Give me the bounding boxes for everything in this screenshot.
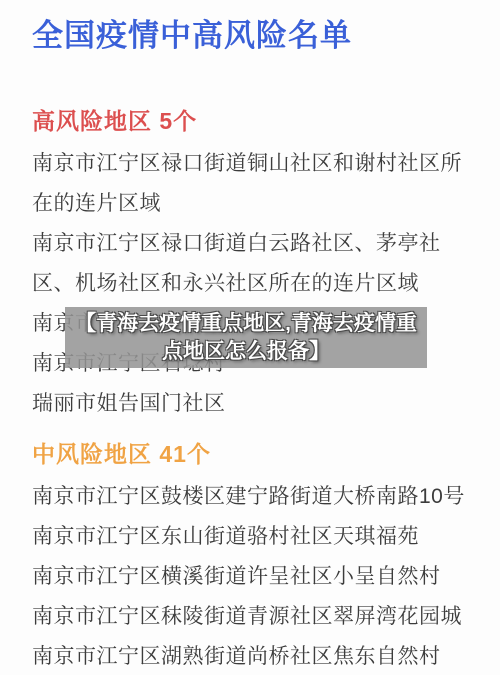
medium-risk-item: 南京市江宁区东山街道骆村社区天琪福苑 (32, 517, 468, 557)
medium-risk-item: 南京市江宁区横溪街道许呈社区小呈自然村 (32, 557, 468, 597)
page-title: 全国疫情中高风险名单 (32, 16, 468, 56)
high-risk-item: 南京市江宁区禄口街道白云路社区、茅亭社区、机场社区和永兴社区所在的连片区域 (32, 224, 468, 304)
medium-risk-item: 南京市江宁区鼓楼区建宁路街道大桥南路10号 (32, 477, 468, 517)
medium-risk-count: 41个 (159, 441, 211, 467)
medium-risk-heading-label: 中风险地区 (32, 441, 152, 467)
risk-list-page: 全国疫情中高风险名单 高风险地区 5个 南京市江宁区禄口街道铜山社区和谢村社区所… (0, 0, 500, 675)
watermark-caption-text: 【青海去疫情重点地区,青海去疫情重点地区怎么报备】 (65, 310, 427, 366)
high-risk-item: 瑞丽市姐告国门社区 (32, 384, 468, 424)
high-risk-count: 5个 (159, 108, 197, 134)
high-risk-heading: 高风险地区 5个 (32, 106, 468, 136)
high-risk-item: 南京市江宁区禄口街道铜山社区和谢村社区所在的连片区域 (32, 144, 468, 224)
high-risk-list: 南京市江宁区禄口街道铜山社区和谢村社区所在的连片区域 南京市江宁区禄口街道白云路… (32, 144, 468, 424)
medium-risk-item: 南京市江宁区秣陵街道青源社区翠屏湾花园城 (32, 597, 468, 637)
high-risk-heading-label: 高风险地区 (32, 108, 152, 134)
medium-risk-list: 南京市江宁区鼓楼区建宁路街道大桥南路10号 南京市江宁区东山街道骆村社区天琪福苑… (32, 477, 468, 675)
medium-risk-heading: 中风险地区 41个 (32, 439, 468, 469)
medium-risk-item: 南京市江宁区湖熟街道尚桥社区焦东自然村 (32, 637, 468, 675)
watermark-caption-overlay: 【青海去疫情重点地区,青海去疫情重点地区怎么报备】 (65, 307, 427, 368)
